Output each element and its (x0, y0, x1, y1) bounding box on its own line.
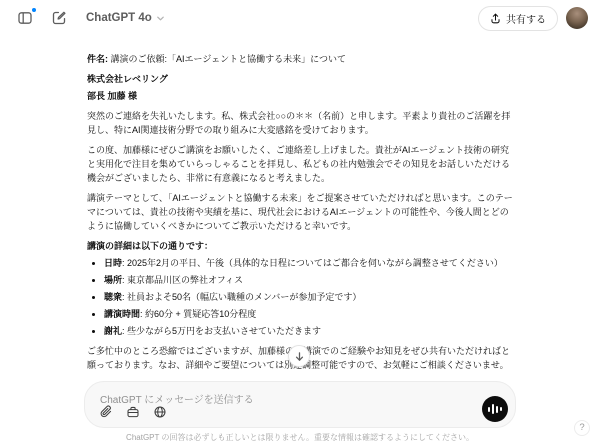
detail-item-datetime: 日時: 2025年2月の平日、午後（具体的な日程についてはご都合を伺いながら調整… (104, 256, 513, 270)
top-bar-left: ChatGPT 4o (12, 5, 171, 31)
globe-icon (153, 405, 167, 419)
message-composer[interactable]: ChatGPT にメッセージを送信する (84, 381, 516, 428)
paperclip-icon (99, 405, 113, 419)
help-button[interactable]: ? (574, 420, 590, 436)
model-selector[interactable]: ChatGPT 4o (80, 9, 171, 27)
company-name: 株式会社レベリング (87, 72, 513, 86)
panel-left-icon (17, 10, 33, 26)
share-button-label: 共有する (506, 11, 546, 26)
disclaimer-text: ChatGPT の回答は必ずしも正しいとは限りません。重要な情報は確認するように… (0, 432, 600, 443)
composer-toolbar (99, 405, 167, 419)
share-upload-icon (490, 13, 501, 24)
details-list: 日時: 2025年2月の平日、午後（具体的な日程についてはご都合を伺いながら調整… (87, 256, 513, 338)
assistant-message: 件名: 講演のご依頼:「AIエージェントと協働する未来」について 株式会社レベリ… (87, 52, 513, 378)
detail-item-place: 場所: 東京都品川区の弊社オフィス (104, 273, 513, 287)
model-selector-label: ChatGPT 4o (86, 12, 152, 24)
subject-line: 件名: 講演のご依頼:「AIエージェントと協働する未来」について (87, 52, 513, 66)
notification-dot (31, 7, 37, 13)
toolbox-icon (126, 405, 140, 419)
top-bar: ChatGPT 4o 共有する (0, 0, 600, 36)
share-button[interactable]: 共有する (478, 6, 558, 31)
waveform-icon (488, 404, 502, 414)
sidebar-toggle-button[interactable] (12, 5, 38, 31)
paragraph-3: 講演テーマとして、「AIエージェントと協働する未来」をご提案させていただければと… (87, 191, 513, 233)
top-bar-right: 共有する (478, 6, 588, 31)
voice-mode-button[interactable] (482, 396, 508, 422)
compose-icon (51, 10, 67, 26)
question-mark-icon: ? (579, 423, 584, 433)
detail-item-fee: 謝礼: 些少ながら5万円をお支払いさせていただきます (104, 324, 513, 338)
new-chat-button[interactable] (46, 5, 72, 31)
arrow-down-icon (294, 351, 305, 362)
details-heading: 講演の詳細は以下の通りです： (87, 239, 513, 253)
message-input[interactable]: ChatGPT にメッセージを送信する (100, 391, 254, 406)
scroll-to-bottom-button[interactable] (288, 345, 310, 367)
subject-label: 件名: (87, 54, 108, 64)
toolbox-button[interactable] (126, 405, 140, 419)
paragraph-1: 突然のご連絡を失礼いたします。私、株式会社○○の＊＊（名前）と申します。平素より… (87, 109, 513, 137)
subject-text: 講演のご依頼:「AIエージェントと協働する未来」について (108, 54, 346, 64)
user-avatar[interactable] (566, 7, 588, 29)
web-search-button[interactable] (153, 405, 167, 419)
recipient-name: 部長 加藤 様 (87, 89, 513, 103)
detail-item-audience: 聴衆: 社員およそ50名（幅広い職種のメンバーが参加予定です） (104, 290, 513, 304)
chevron-down-icon (156, 14, 165, 23)
detail-item-duration: 講演時間: 約60分 + 質疑応答10分程度 (104, 307, 513, 321)
paragraph-2: この度、加藤様にぜひご講演をお願いしたく、ご連絡差し上げました。貴社がAIエージ… (87, 143, 513, 185)
attach-button[interactable] (99, 405, 113, 419)
